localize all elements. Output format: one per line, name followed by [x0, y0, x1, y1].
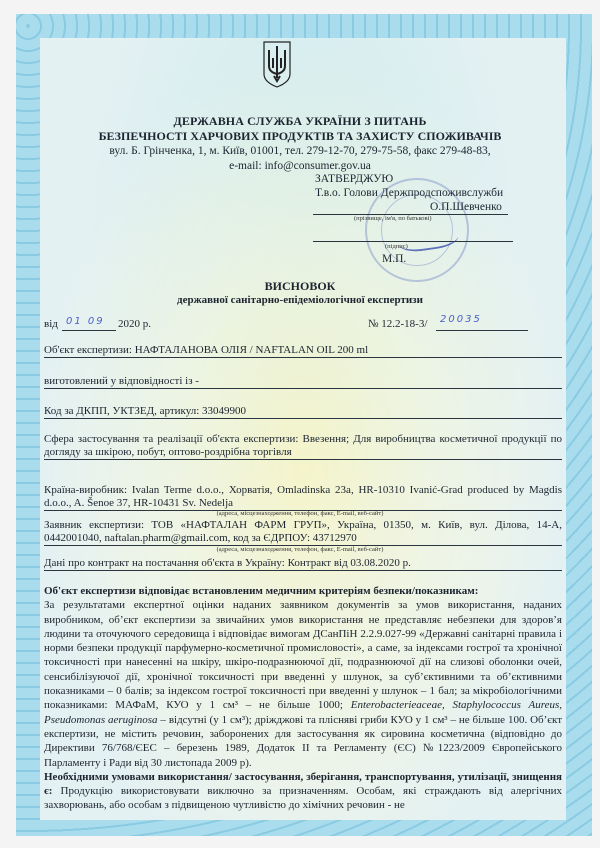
agency-name-line1: ДЕРЖАВНА СЛУЖБА УКРАЇНИ З ПИТАНЬ: [0, 114, 600, 129]
conditions-paragraph: Необхідними умовами використання/ застос…: [44, 770, 562, 813]
criteria-paragraph: За результатами експертної оцінки надани…: [44, 598, 562, 770]
criteria-heading: Об'єкт експертизи відповідає встановлени…: [44, 584, 562, 598]
name-caption: (прізвище, ім'я, по батькові): [354, 215, 432, 222]
seal-label: М.П.: [382, 253, 406, 265]
document-title: ВИСНОВОК: [0, 279, 600, 294]
applicant: Заявник експертизи: ТОВ «НАФТАЛАН ФАРМ Г…: [44, 519, 562, 546]
applicant-caption: (адреса, місцезнаходження, телефон, факс…: [0, 546, 600, 553]
date-suffix: 2020 р.: [118, 318, 151, 330]
application-scope: Сфера застосування та реалізації об'єкта…: [44, 433, 562, 460]
contract-data: Дані про контракт на постачання об'єкта …: [44, 557, 562, 571]
agency-email: e-mail: info@consumer.gov.ua: [0, 160, 600, 172]
manufactured-per: виготовлений у відповідності із -: [44, 375, 562, 389]
agency-name-line2: БЕЗПЕЧНОСТІ ХАРЧОВИХ ПРОДУКТІВ ТА ЗАХИСТ…: [0, 129, 600, 144]
criteria-text-1: За результатами експертної оцінки надани…: [44, 599, 562, 711]
document-subtitle: державної санітарно-епідеміологічної екс…: [0, 294, 600, 306]
product-code: Код за ДКПП, УКТЗЕД, артикул: 33049900: [44, 405, 562, 419]
expertise-body: Об'єкт експертизи відповідає встановлени…: [44, 584, 562, 813]
approver-position: Т.в.о. Голови Держпродспоживслужби: [315, 187, 503, 199]
number-line: [436, 330, 528, 331]
number-handwritten: 20035: [440, 314, 482, 325]
manufacturer-country: Країна-виробник: Ivalan Terme d.o.o., Хо…: [44, 484, 562, 511]
manufacturer-caption: (адреса, місцезнаходження, телефон, факс…: [0, 510, 600, 517]
approve-label: ЗАТВЕРДЖУЮ: [315, 173, 393, 185]
agency-address: вул. Б. Грінченка, 1, м. Київ, 01001, те…: [0, 145, 600, 157]
expertise-object: Об'єкт експертизи: НАФТАЛАНОВА ОЛІЯ / NA…: [44, 344, 562, 358]
ukraine-trident-emblem-icon: [262, 40, 292, 88]
date-handwritten: 01 09: [66, 316, 105, 327]
date-prefix: від: [44, 318, 58, 330]
signature-caption: (підпис): [385, 243, 408, 250]
date-line: [62, 330, 116, 331]
signature-line: [313, 241, 513, 242]
approver-name: О.П.Шевченко: [430, 201, 502, 213]
conditions-text: Продукцію використовувати виключно за пр…: [44, 785, 562, 811]
number-prefix: № 12.2-18-3/: [368, 318, 427, 330]
